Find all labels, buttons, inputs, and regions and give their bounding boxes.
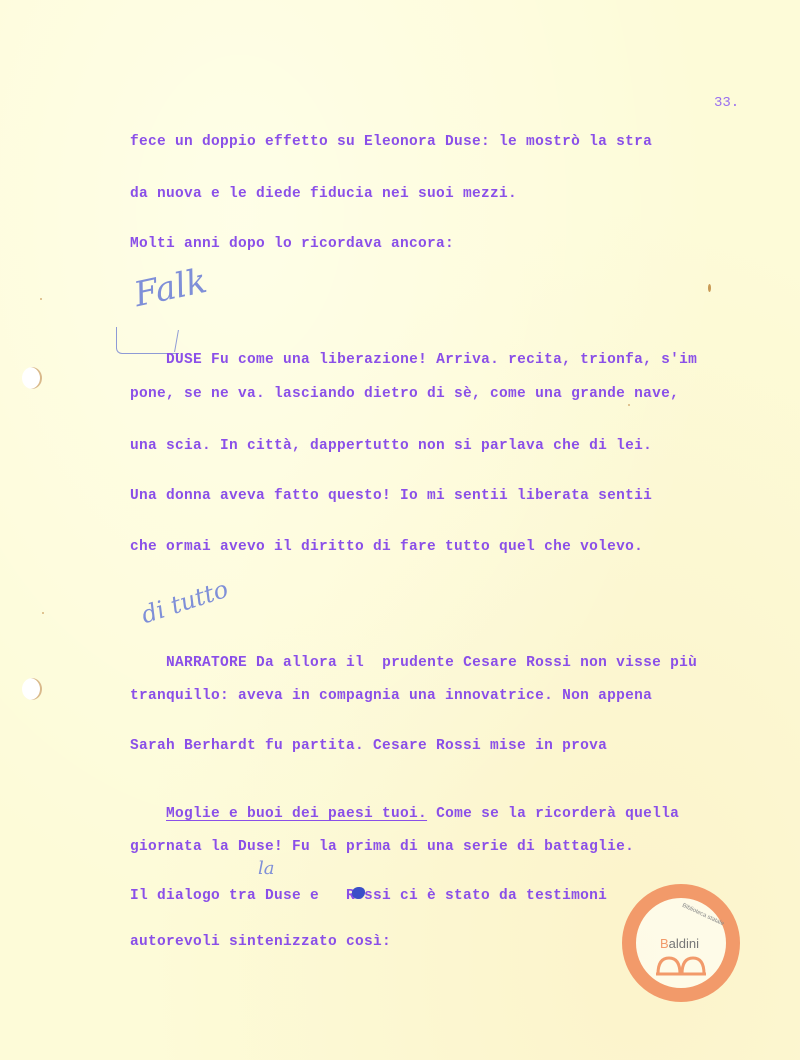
text-line: Una donna aveva fatto questo! Io mi sent… [130, 487, 652, 505]
text-line: che ormai avevo il diritto di fare tutto… [130, 538, 643, 556]
paper-speck [708, 284, 711, 292]
underlined-play-title: Moglie e buoi dei paesi tuoi. [166, 806, 427, 822]
text-line: fece un doppio effetto su Eleonora Duse:… [130, 133, 652, 151]
handwritten-insertion-la: la [258, 858, 275, 879]
text-line: da nuova e le diede fiducia nei suoi mez… [130, 185, 517, 203]
text-line-with-title: Moglie e buoi dei paesi tuoi. Come se la… [130, 787, 679, 841]
dialogue-text: Da allora il prudente Cesare Rossi non v… [256, 655, 697, 671]
speaker-label: NARRATORE [166, 655, 247, 671]
open-book-logo-icon [656, 954, 706, 976]
text-line: Sarah Berhardt fu partita. Cesare Rossi … [130, 737, 607, 755]
page-number: 33. [714, 95, 739, 111]
dialogue-line-duse: DUSE Fu come una liberazione! Arriva. re… [130, 333, 697, 387]
dialogue-line-narratore: NARRATORE Da allora il prudente Cesare R… [130, 636, 697, 690]
punch-hole-bottom [22, 678, 42, 700]
stamp-name: Baldini [660, 936, 699, 951]
handwritten-annotation-falk: Falk [131, 261, 211, 315]
text-line: Il dialogo tra Duse e Rossi ci è stato d… [130, 887, 607, 905]
speaker-label: DUSE [166, 352, 202, 368]
text-line: Molti anni dopo lo ricordava ancora: [130, 235, 454, 253]
text-line: pone, se ne va. lasciando dietro di sè, … [130, 385, 679, 403]
paper-speck [42, 612, 44, 614]
text-line: una scia. In città, dappertutto non si p… [130, 437, 652, 455]
paper-speck [628, 404, 630, 406]
punch-hole-top [22, 367, 42, 389]
text-line: giornata la Duse! Fu la prima di una ser… [130, 838, 634, 856]
paper-speck [40, 298, 42, 300]
text-line: autorevoli sintenizzato così: [130, 933, 391, 951]
scanned-typescript-page: 33. fece un doppio effetto su Eleonora D… [0, 0, 800, 1060]
text-segment: Come se la ricorderà quella [427, 806, 679, 822]
library-stamp: Biblioteca statale Baldini [622, 884, 740, 1002]
dialogue-text: Fu come una liberazione! Arriva. recita,… [211, 352, 697, 368]
text-line: tranquillo: aveva in compagnia una innov… [130, 687, 652, 705]
handwritten-annotation-di-tutto: di tutto [138, 575, 232, 629]
